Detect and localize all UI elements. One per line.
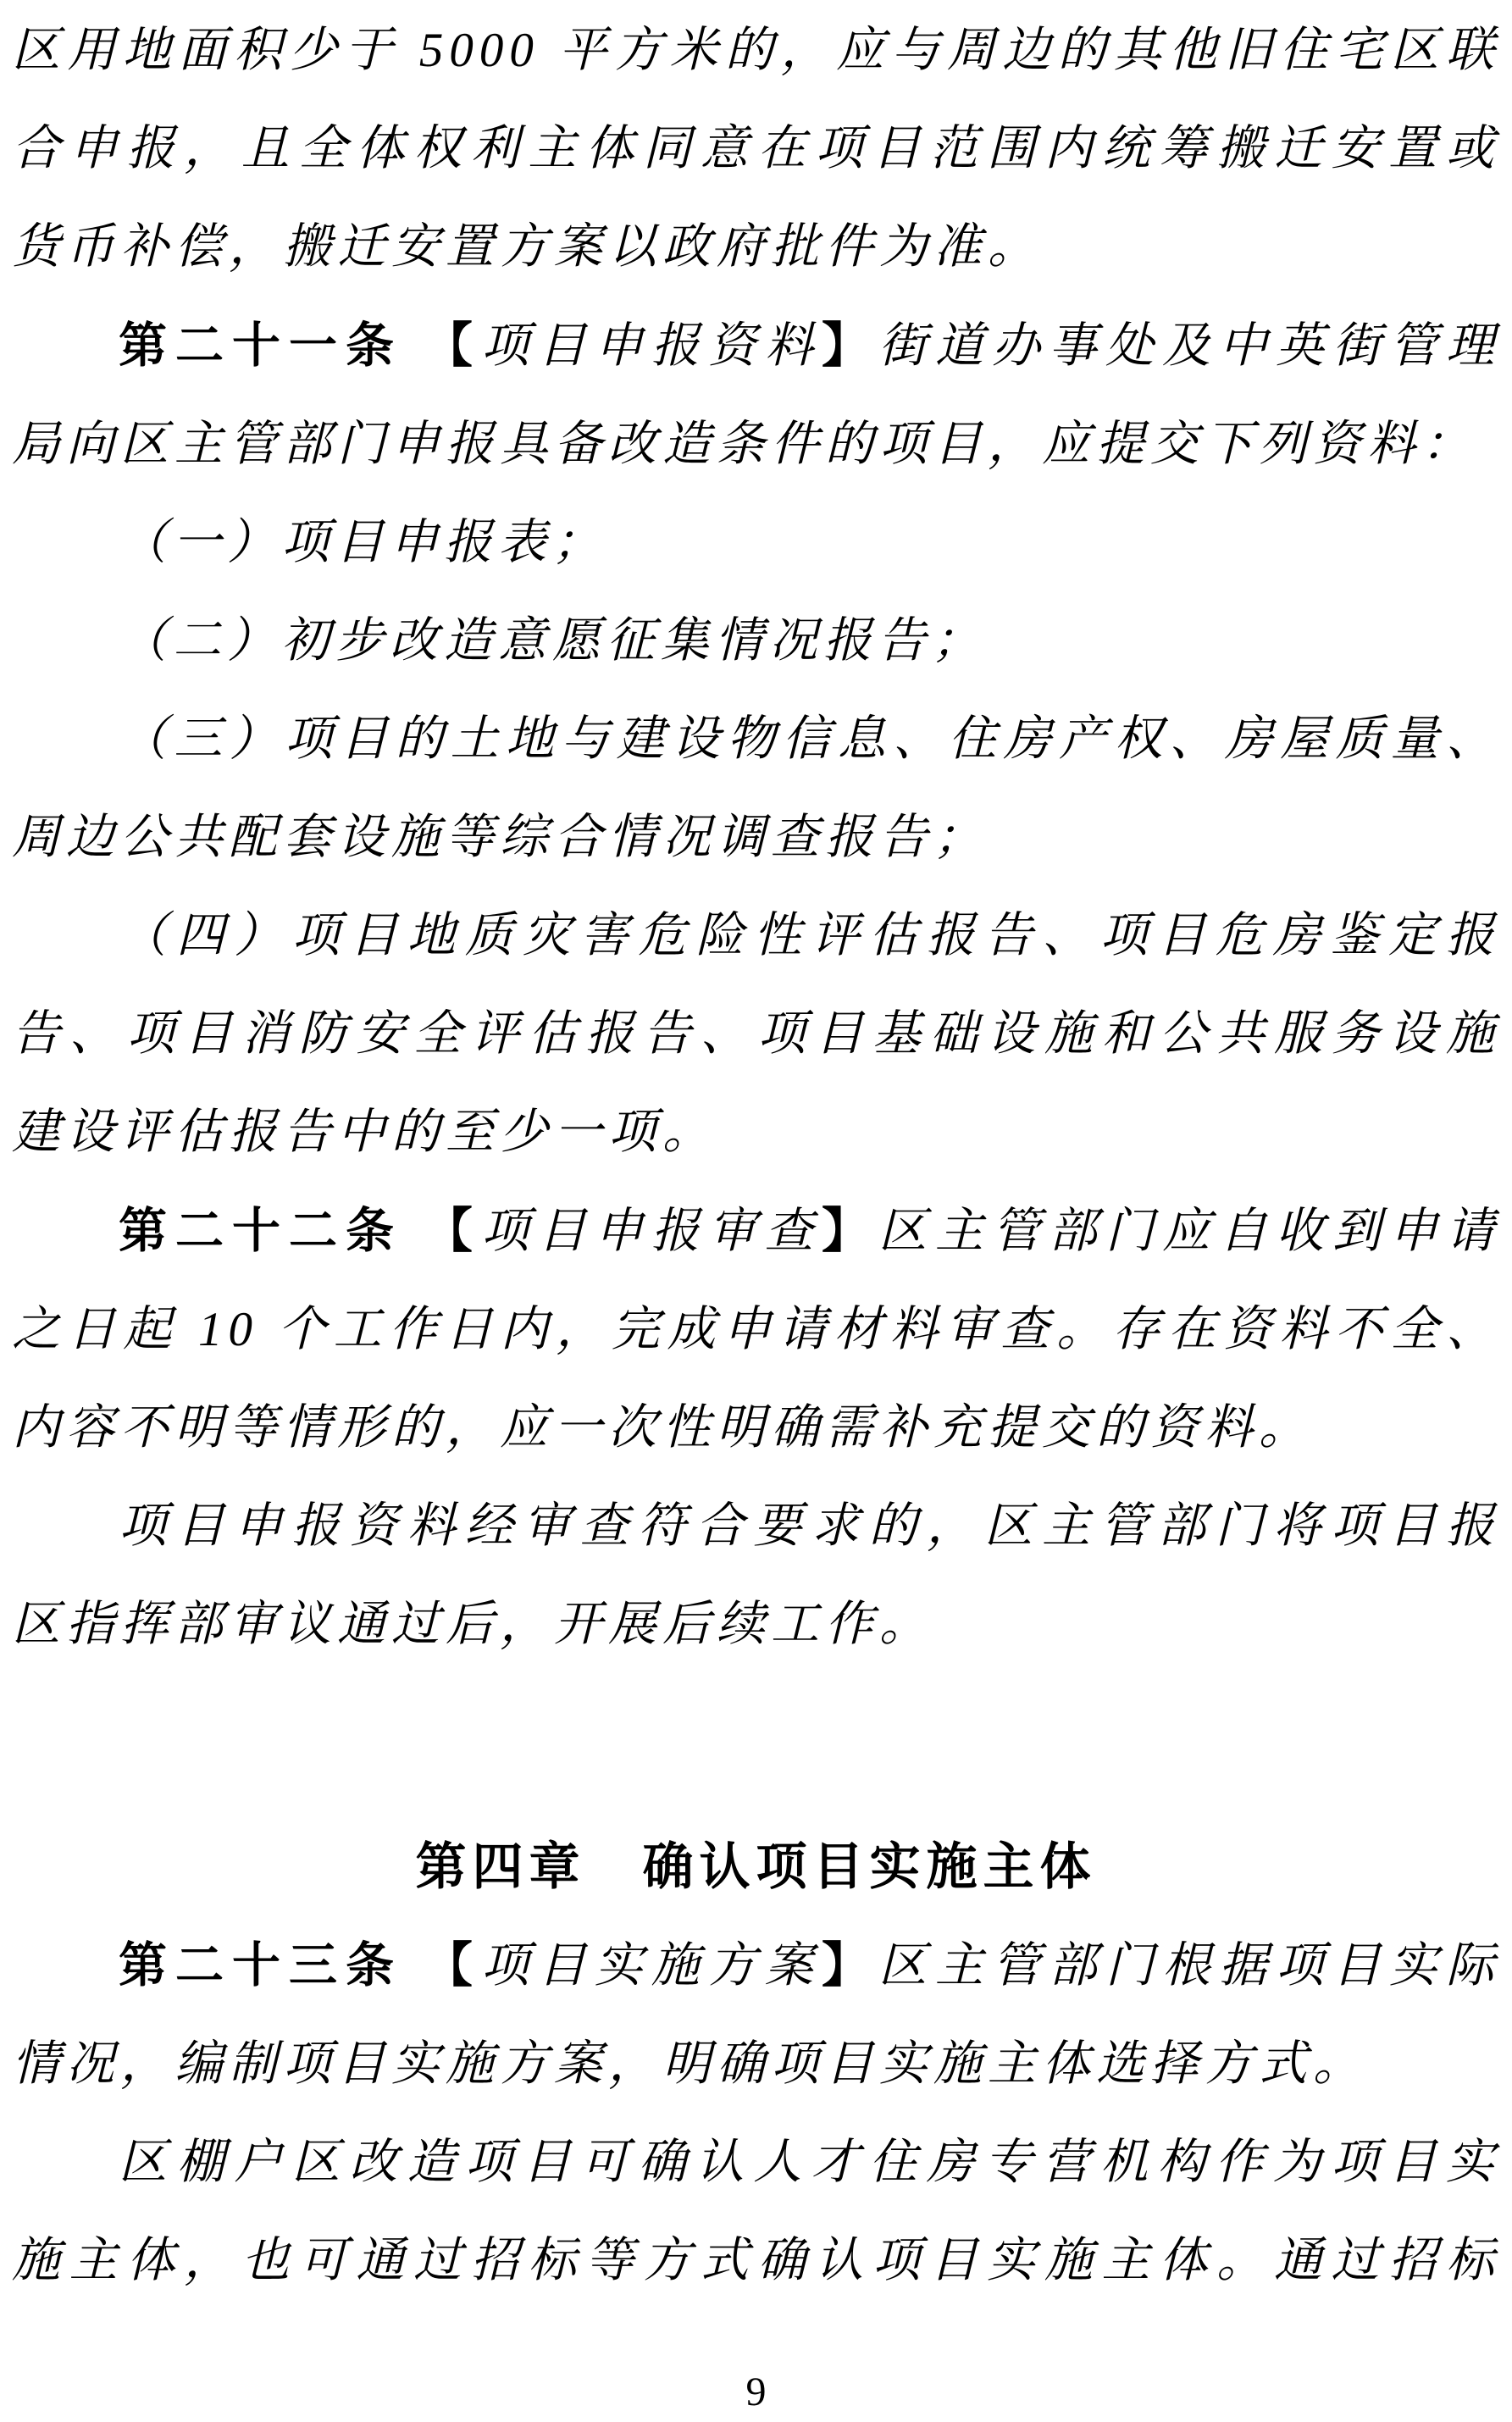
bold-text-segment: 】	[822, 319, 878, 373]
text-segment: 情况，编制项目实施方案，明确项目实施主体选择方式。	[12, 2037, 1367, 2091]
body-text-line: 货币补偿，搬迁安置方案以政府批件为准。	[12, 198, 1500, 297]
text-segment: 项目实施方案	[481, 1939, 822, 1992]
body-text-line: 区用地面积少于 5000 平方米的，应与周边的其他旧住宅区联	[12, 2, 1500, 100]
body-text-line: （四）项目地质灾害危险性评估报告、项目危房鉴定报	[12, 887, 1500, 985]
text-segment: 周边公共配套设施等综合情况调查报告；	[12, 811, 988, 864]
text-segment: 项目申报资料	[481, 319, 822, 373]
page-number: 9	[0, 2369, 1512, 2416]
body-text-line: 第二十三条 【项目实施方案】区主管部门根据项目实际	[12, 1916, 1500, 2015]
body-text-line: 项目申报资料经审查符合要求的，区主管部门将项目报	[12, 1477, 1500, 1576]
text-segment: 区用地面积少于 5000 平方米的，应与周边的其他旧住宅区联	[12, 24, 1500, 77]
bold-text-segment: 第四章 确认项目实施主体	[416, 1838, 1097, 1895]
bold-text-segment: 第二十一条 【	[119, 319, 481, 373]
body-text-line: 局向区主管部门申报具备改造条件的项目，应提交下列资料：	[12, 396, 1500, 494]
text-segment: 建设评估报告中的至少一项。	[12, 1106, 717, 1159]
bold-text-segment: 第二十三条 【	[119, 1938, 481, 1992]
text-segment: （三）项目的土地与建设物信息、住房产权、房屋质量、	[119, 712, 1500, 766]
body-text-line: 施主体，也可通过招标等方式确认项目实施主体。通过招标	[12, 2212, 1500, 2310]
body-text-line: 告、项目消防安全评估报告、项目基础设施和公共服务设施	[12, 985, 1500, 1084]
text-segment: 合申报，且全体权利主体同意在项目范围内统筹搬迁安置或	[12, 122, 1500, 175]
body-text-line: 合申报，且全体权利主体同意在项目范围内统筹搬迁安置或	[12, 100, 1500, 198]
text-segment: 区主管部门应自收到申请	[878, 1205, 1500, 1258]
bold-text-segment: 第二十二条 【	[119, 1204, 481, 1258]
text-segment: 之日起 10 个工作日内，完成申请材料审查。存在资料不全、	[12, 1303, 1500, 1356]
body-text-line: （二）初步改造意愿征集情况报告；	[12, 592, 1500, 690]
text-segment: 区棚户区改造项目可确认人才住房专营机构作为项目实	[119, 2136, 1500, 2189]
text-segment: 项目申报资料经审查符合要求的，区主管部门将项目报	[119, 1499, 1500, 1553]
text-segment: 告、项目消防安全评估报告、项目基础设施和公共服务设施	[12, 1007, 1500, 1061]
body-text-line: 区棚户区改造项目可确认人才住房专营机构作为项目实	[12, 2114, 1500, 2212]
body-text-line: 建设评估报告中的至少一项。	[12, 1084, 1500, 1182]
text-segment: （一）项目申报表；	[119, 516, 606, 569]
text-segment: 货币补偿，搬迁安置方案以政府批件为准。	[12, 220, 1042, 274]
bold-text-segment: 】	[822, 1938, 878, 1992]
body-text-line: 第二十二条 【项目申报审查】区主管部门应自收到申请	[12, 1182, 1500, 1281]
document-body: 区用地面积少于 5000 平方米的，应与周边的其他旧住宅区联合申报，且全体权利主…	[0, 0, 1512, 2310]
document-page: 区用地面积少于 5000 平方米的，应与周边的其他旧住宅区联合申报，且全体权利主…	[0, 0, 1512, 2422]
text-segment: 区主管部门根据项目实际	[878, 1939, 1500, 1992]
text-segment: 局向区主管部门申报具备改造条件的项目，应提交下列资料：	[12, 418, 1476, 471]
body-text-line: 内容不明等情形的，应一次性明确需补充提交的资料。	[12, 1379, 1500, 1477]
text-segment: （四）项目地质灾害危险性评估报告、项目危房鉴定报	[119, 909, 1500, 962]
chapter-heading: 第四章 确认项目实施主体	[12, 1818, 1500, 1916]
body-text-line: 情况，编制项目实施方案，明确项目实施主体选择方式。	[12, 2015, 1500, 2114]
text-segment: 街道办事处及中英街管理	[878, 319, 1500, 373]
body-text-line: 区指挥部审议通过后，开展后续工作。	[12, 1576, 1500, 1674]
body-text-line: 第二十一条 【项目申报资料】街道办事处及中英街管理	[12, 297, 1500, 396]
text-segment: （二）初步改造意愿征集情况报告；	[119, 614, 986, 668]
bold-text-segment: 】	[822, 1204, 878, 1258]
text-segment: 区指挥部审议通过后，开展后续工作。	[12, 1598, 933, 1651]
text-segment: 项目申报审查	[481, 1205, 822, 1258]
text-segment: 施主体，也可通过招标等方式确认项目实施主体。通过招标	[12, 2234, 1500, 2287]
body-text-line: （三）项目的土地与建设物信息、住房产权、房屋质量、	[12, 690, 1500, 789]
body-text-line: 之日起 10 个工作日内，完成申请材料审查。存在资料不全、	[12, 1281, 1500, 1379]
text-segment: 内容不明等情形的，应一次性明确需补充提交的资料。	[12, 1401, 1313, 1455]
body-text-line: 周边公共配套设施等综合情况调查报告；	[12, 789, 1500, 887]
body-text-line: （一）项目申报表；	[12, 494, 1500, 592]
